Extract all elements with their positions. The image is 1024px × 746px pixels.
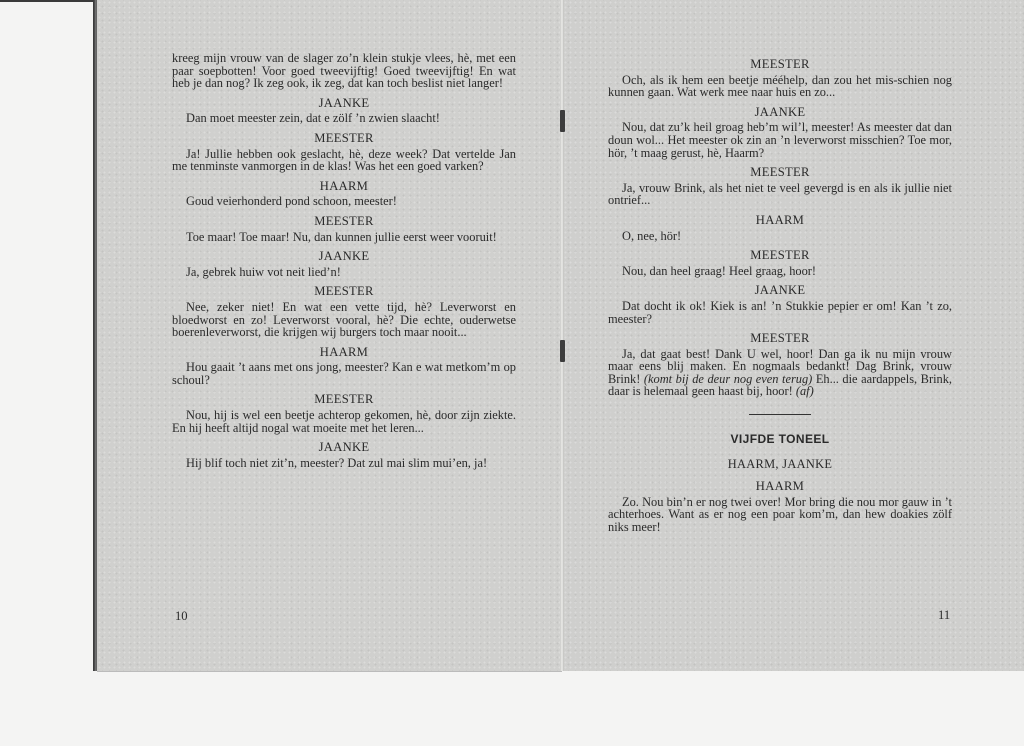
staple-top <box>560 110 565 132</box>
speaker-name: MEESTER <box>172 215 516 228</box>
speech: O, nee, hör! <box>608 230 952 243</box>
speaker-name: MEESTER <box>172 132 516 145</box>
speech: Goud veierhonderd pond schoon, meester! <box>172 195 516 208</box>
speech: Hij blif toch niet zit’n, meester? Dat z… <box>172 457 516 470</box>
right-page-text: MEESTEROch, als ik hem een beetje mééhel… <box>608 51 952 534</box>
speaker-name: HAARM <box>608 480 952 493</box>
speech: Nee, zeker niet! En wat een vette tijd, … <box>172 301 516 339</box>
speech: Ja! Jullie hebben ook geslacht, hè, deze… <box>172 148 516 173</box>
speech: Dat docht ik ok! Kiek is an! ’n Stukkie … <box>608 300 952 325</box>
scene-divider <box>749 414 811 415</box>
speaker-name: JAANKE <box>608 106 952 119</box>
speaker-name: HAARM <box>172 346 516 359</box>
speaker-name: HAARM <box>172 180 516 193</box>
speaker-name: MEESTER <box>608 166 952 179</box>
speech: Ja, vrouw Brink, als het niet te veel ge… <box>608 182 952 207</box>
speaker-name: JAANKE <box>608 284 952 297</box>
speech: Ja, gebrek huiw vot neit lied’n! <box>172 266 516 279</box>
speech: Nou, hij is wel een beetje achterop geko… <box>172 409 516 434</box>
spine-fold <box>560 0 564 671</box>
speaker-name: HAARM <box>608 214 952 227</box>
continued-speech: kreeg mijn vrouw van de slager zo’n klei… <box>172 52 516 90</box>
speech: Hou gaait ’t aans met ons jong, meester?… <box>172 361 516 386</box>
stage-direction: (af) <box>796 384 814 398</box>
speech: Dan moet meester zein, dat e zölf ’n zwi… <box>172 112 516 125</box>
speaker-name: MEESTER <box>172 393 516 406</box>
speech: Och, als ik hem een beetje mééhelp, dan … <box>608 74 952 99</box>
speaker-name: JAANKE <box>172 250 516 263</box>
speaker-name: MEESTER <box>608 58 952 71</box>
speaker-name: MEESTER <box>172 285 516 298</box>
scene-cast: HAARM, JAANKE <box>608 458 952 471</box>
page-number-left: 10 <box>175 609 188 624</box>
speech: Zo. Nou bin’n er nog twei over! Mor brin… <box>608 496 952 534</box>
speaker-name: MEESTER <box>608 249 952 262</box>
speech: Nou, dat zu’k heil groag heb’m wil’l, me… <box>608 121 952 159</box>
speech: Ja, dat gaat best! Dank U wel, hoor! Dan… <box>608 348 952 398</box>
speaker-name: JAANKE <box>172 97 516 110</box>
speech: Nou, dan heel graag! Heel graag, hoor! <box>608 265 952 278</box>
speaker-name: JAANKE <box>172 441 516 454</box>
staple-bottom <box>560 340 565 362</box>
page-number-right: 11 <box>938 608 950 623</box>
scene-title: VIJFDE TONEEL <box>608 433 952 446</box>
speech: Toe maar! Toe maar! Nu, dan kunnen julli… <box>172 231 516 244</box>
left-page-text: kreeg mijn vrouw van de slager zo’n klei… <box>172 52 516 469</box>
speaker-name: MEESTER <box>608 332 952 345</box>
